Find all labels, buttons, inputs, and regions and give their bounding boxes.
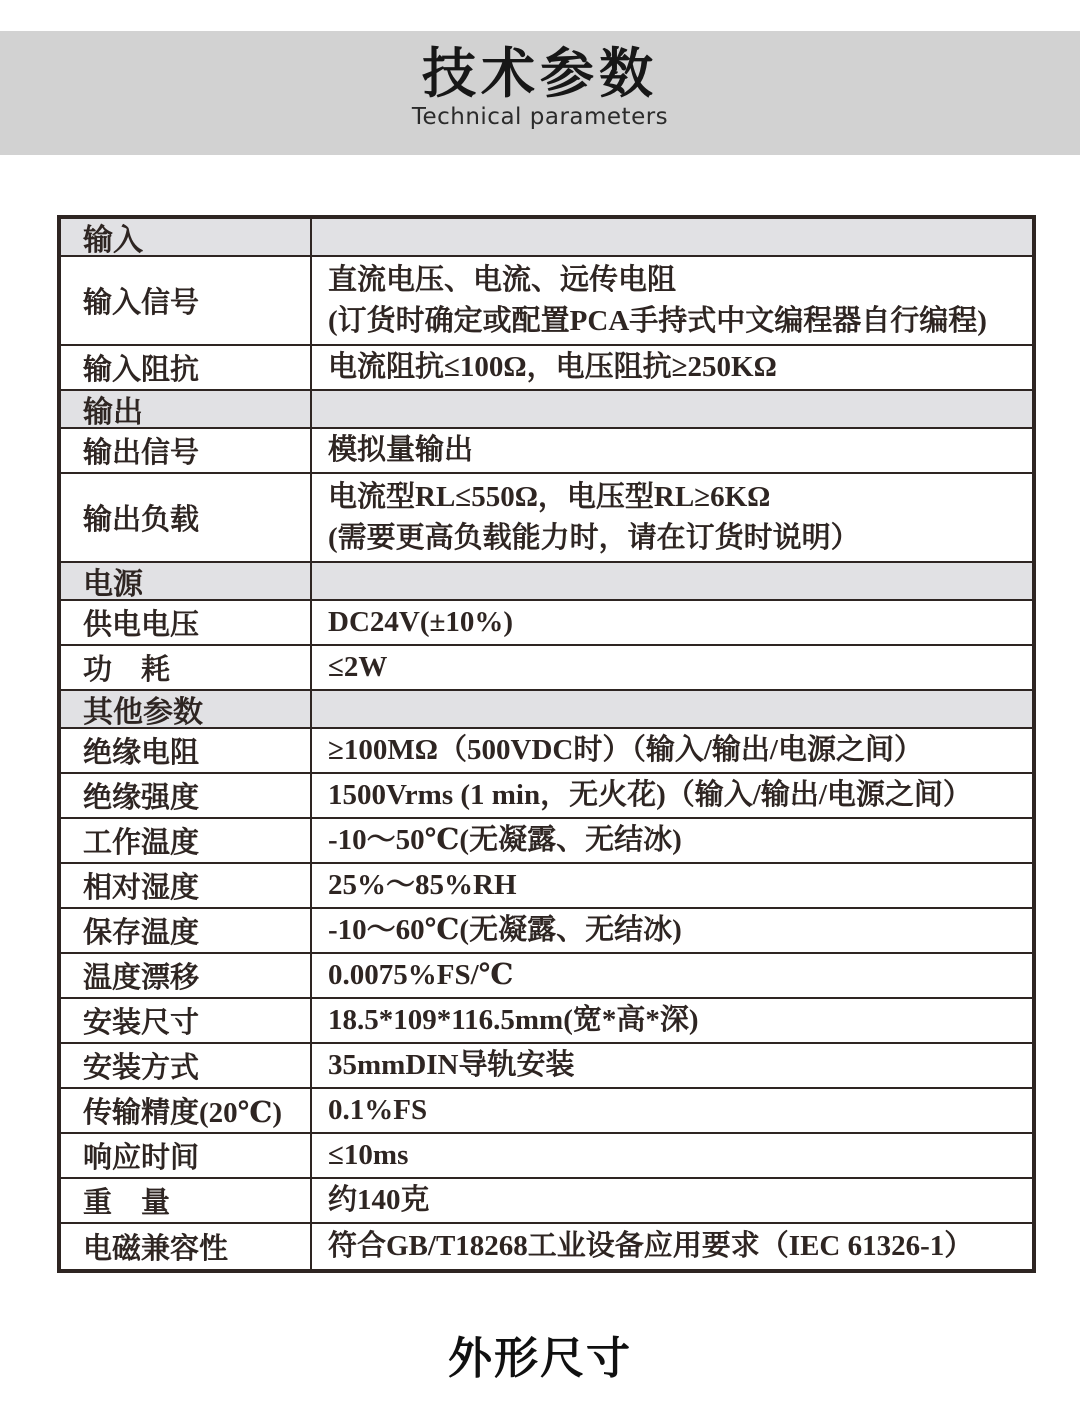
spec-table: 输入 输入信号 直流电压、电流、远传电阻 (订货时确定或配置PCA手持式中文编程… — [57, 215, 1036, 1273]
row-value-text: 0.1%FS — [328, 1090, 1032, 1131]
row-value-text: ≤10ms — [328, 1135, 1032, 1176]
row-value: 约140克 — [312, 1179, 1032, 1222]
row-value: 模拟量输出 — [312, 429, 1032, 472]
table-row-insulation-resistance: 绝缘电阻 ≥100MΩ（500VDC时）（输入/输出/电源之间） — [61, 729, 1032, 774]
table-row-output-load: 输出负载 电流型RL≤550Ω，电压型RL≥6KΩ (需要更高负载能力时，请在订… — [61, 474, 1032, 563]
row-value: 直流电压、电流、远传电阻 (订货时确定或配置PCA手持式中文编程器自行编程) — [312, 257, 1032, 344]
row-label: 相对湿度 — [61, 864, 312, 907]
row-value: -10～60℃(无凝露、无结冰) — [312, 909, 1032, 952]
row-value: 1500Vrms (1 min，无火花)（输入/输出/电源之间） — [312, 774, 1032, 817]
row-label: 输出负载 — [61, 474, 312, 561]
section-label: 输入 — [61, 219, 312, 255]
row-label: 输入阻抗 — [61, 346, 312, 389]
table-row-mounting-size: 安装尺寸 18.5*109*116.5mm(宽*高*深) — [61, 999, 1032, 1044]
row-value: 25%～85%RH — [312, 864, 1032, 907]
row-value-text: -10～50℃(无凝露、无结冰) — [328, 820, 1032, 861]
page-subtitle: Technical parameters — [0, 104, 1080, 130]
row-value-text: 模拟量输出 — [328, 430, 1032, 471]
row-value: ≥100MΩ（500VDC时）（输入/输出/电源之间） — [312, 729, 1032, 772]
section-label: 电源 — [61, 563, 312, 599]
row-value: DC24V(±10%) — [312, 601, 1032, 644]
row-value-text: 0.0075%FS/℃ — [328, 955, 1032, 996]
section-heading-dimensions: 外形尺寸 — [0, 1322, 1080, 1386]
table-row-response-time: 响应时间 ≤10ms — [61, 1134, 1032, 1179]
page-title: 技术参数 — [0, 45, 1080, 103]
row-label: 电磁兼容性 — [61, 1224, 312, 1269]
row-label: 重 量 — [61, 1179, 312, 1222]
row-label: 绝缘电阻 — [61, 729, 312, 772]
row-label: 工作温度 — [61, 819, 312, 862]
row-value-line1: 电流型RL≤550Ω，电压型RL≥6KΩ — [328, 477, 1032, 518]
row-label: 温度漂移 — [61, 954, 312, 997]
table-row-temperature-drift: 温度漂移 0.0075%FS/℃ — [61, 954, 1032, 999]
table-row-mounting-method: 安装方式 35mmDIN导轨安装 — [61, 1044, 1032, 1089]
row-value-text: 约140克 — [328, 1180, 1032, 1221]
row-value-line2: (订货时确定或配置PCA手持式中文编程器自行编程) — [328, 301, 1032, 342]
row-value-text: 电流阻抗≤100Ω，电压阻抗≥250KΩ — [328, 347, 1032, 388]
table-row-insulation-strength: 绝缘强度 1500Vrms (1 min，无火花)（输入/输出/电源之间） — [61, 774, 1032, 819]
row-value-text: DC24V(±10%) — [328, 602, 1032, 643]
table-row-power-consumption: 功 耗 ≤2W — [61, 646, 1032, 691]
row-value-text: 1500Vrms (1 min，无火花)（输入/输出/电源之间） — [328, 775, 1032, 816]
page-header-band: 技术参数 Technical parameters — [0, 31, 1080, 155]
row-value-text: 18.5*109*116.5mm(宽*高*深) — [328, 1000, 1032, 1041]
row-value-text: 35mmDIN导轨安装 — [328, 1045, 1032, 1086]
row-label: 功 耗 — [61, 646, 312, 689]
spec-sheet-page: 技术参数 Technical parameters 输入 输入信号 直流电压、电… — [0, 0, 1080, 1423]
row-value: 18.5*109*116.5mm(宽*高*深) — [312, 999, 1032, 1042]
table-row-emc: 电磁兼容性 符合GB/T18268工业设备应用要求（IEC 61326-1） — [61, 1224, 1032, 1269]
row-label: 安装方式 — [61, 1044, 312, 1087]
row-value: 35mmDIN导轨安装 — [312, 1044, 1032, 1087]
row-label: 输入信号 — [61, 257, 312, 344]
row-value-line2: (需要更高负载能力时，请在订货时说明） — [328, 518, 1032, 559]
row-label: 输出信号 — [61, 429, 312, 472]
row-value: -10～50℃(无凝露、无结冰) — [312, 819, 1032, 862]
row-value: 0.0075%FS/℃ — [312, 954, 1032, 997]
row-value-text: -10～60℃(无凝露、无结冰) — [328, 910, 1032, 951]
section-value — [312, 563, 1032, 599]
section-label: 输出 — [61, 391, 312, 427]
section-value — [312, 391, 1032, 427]
row-value: 符合GB/T18268工业设备应用要求（IEC 61326-1） — [312, 1224, 1032, 1269]
table-row-weight: 重 量 约140克 — [61, 1179, 1032, 1224]
row-value-text: ≤2W — [328, 647, 1032, 688]
section-label: 其他参数 — [61, 691, 312, 727]
table-section-row-input: 输入 — [61, 219, 1032, 257]
table-row-working-temperature: 工作温度 -10～50℃(无凝露、无结冰) — [61, 819, 1032, 864]
row-value-text: 25%～85%RH — [328, 865, 1032, 906]
row-label: 供电电压 — [61, 601, 312, 644]
row-label: 响应时间 — [61, 1134, 312, 1177]
row-value-text: ≥100MΩ（500VDC时）（输入/输出/电源之间） — [328, 730, 1032, 771]
row-value: ≤10ms — [312, 1134, 1032, 1177]
row-label: 传输精度(20℃) — [61, 1089, 312, 1132]
table-row-input-impedance: 输入阻抗 电流阻抗≤100Ω，电压阻抗≥250KΩ — [61, 346, 1032, 391]
row-value-text: 符合GB/T18268工业设备应用要求（IEC 61326-1） — [328, 1226, 1032, 1267]
table-row-output-signal: 输出信号 模拟量输出 — [61, 429, 1032, 474]
row-value: 电流型RL≤550Ω，电压型RL≥6KΩ (需要更高负载能力时，请在订货时说明） — [312, 474, 1032, 561]
row-value-line1: 直流电压、电流、远传电阻 — [328, 260, 1032, 301]
table-row-input-signal: 输入信号 直流电压、电流、远传电阻 (订货时确定或配置PCA手持式中文编程器自行… — [61, 257, 1032, 346]
row-label: 安装尺寸 — [61, 999, 312, 1042]
row-value: 0.1%FS — [312, 1089, 1032, 1132]
row-label: 绝缘强度 — [61, 774, 312, 817]
table-section-row-other: 其他参数 — [61, 691, 1032, 729]
section-value — [312, 219, 1032, 255]
row-value: ≤2W — [312, 646, 1032, 689]
table-section-row-output: 输出 — [61, 391, 1032, 429]
table-row-storage-temperature: 保存温度 -10～60℃(无凝露、无结冰) — [61, 909, 1032, 954]
table-section-row-power: 电源 — [61, 563, 1032, 601]
section-value — [312, 691, 1032, 727]
table-row-transmission-accuracy: 传输精度(20℃) 0.1%FS — [61, 1089, 1032, 1134]
table-row-supply-voltage: 供电电压 DC24V(±10%) — [61, 601, 1032, 646]
row-label: 保存温度 — [61, 909, 312, 952]
table-row-relative-humidity: 相对湿度 25%～85%RH — [61, 864, 1032, 909]
row-value: 电流阻抗≤100Ω，电压阻抗≥250KΩ — [312, 346, 1032, 389]
